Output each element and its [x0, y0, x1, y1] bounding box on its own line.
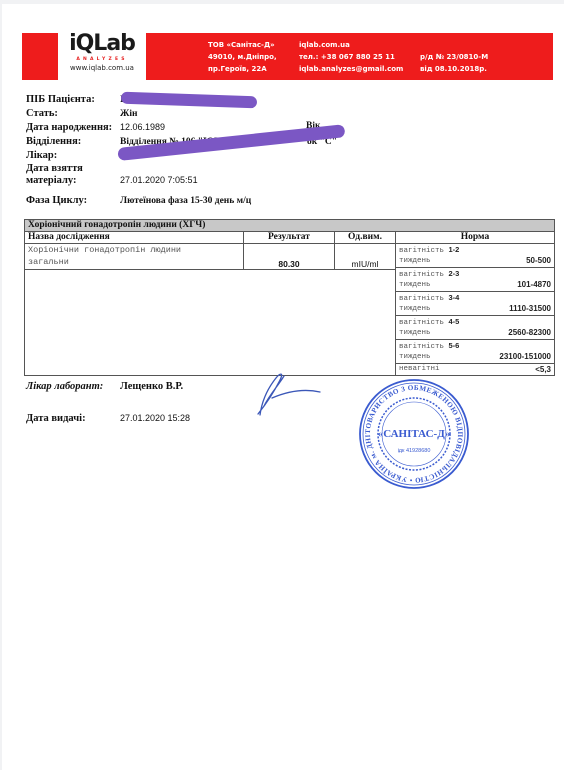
test-name: Хоріонічни гонадотропін людини загальни	[25, 244, 244, 270]
reference-ranges: вагітність 1-2тиждень50-500вагітність 2-…	[396, 244, 555, 376]
norm-label-week: тиждень	[399, 351, 431, 363]
norm-item: вагітність 3-4тиждень1110-31500	[396, 292, 554, 316]
cycle-phase-value: Лютеїнова фаза 15-30 день м/ц	[120, 196, 251, 206]
issue-date-value: 27.01.2020 15:28	[120, 413, 190, 423]
logo-url: www.iqlab.com.ua	[58, 63, 146, 73]
stamp-center-text: «САНІТАС-Д»	[378, 428, 451, 440]
doctor-label: Лікар:	[26, 150, 57, 161]
norm-item: вагітність 5-6тиждень23100-151000	[396, 340, 554, 364]
norm-value: 101-4870	[517, 279, 551, 291]
patient-name-label: ПІБ Пацієнта:	[26, 94, 95, 105]
letterhead-red-block-left	[22, 33, 58, 80]
norm-value: 50-500	[526, 255, 551, 267]
signature-icon	[250, 370, 330, 420]
norm-label-week: тиждень	[399, 327, 431, 339]
norm-label-week: тиждень	[399, 279, 431, 291]
col-header-norm: Норма	[396, 232, 555, 244]
norm-item: вагітність 1-2тиждень50-500	[396, 244, 554, 268]
letterhead: iQLab ANALYZES www.iqlab.com.ua ТОВ «Сан…	[22, 28, 553, 80]
test-unit: mIU/ml	[335, 244, 396, 270]
col-header-name: Назва дослідження	[25, 232, 244, 244]
empty-cell	[25, 270, 396, 376]
table-row: Хоріонічни гонадотропін людини загальни …	[25, 244, 555, 270]
dob-value: 12.06.1989	[120, 122, 165, 132]
norm-value: 2560-82300	[508, 327, 551, 339]
lab-doctor-value: Лещенко В.Р.	[120, 381, 183, 392]
test-result: 80.30	[244, 244, 335, 270]
norm-label: невагітні	[399, 364, 440, 375]
norm-value: 23100-151000	[499, 351, 551, 363]
issue-date-label: Дата видачі:	[26, 413, 86, 424]
company-address: ТОВ «Санітас-Д» 49010, м.Дніпро, пр.Геро…	[208, 39, 277, 75]
dob-label: Дата народження:	[26, 122, 112, 133]
norm-value: 1110-31500	[509, 303, 551, 315]
norm-value: <5,3	[535, 364, 551, 375]
test-group-title: Хоріонічний гонадотропін людини (ХГЧ)	[25, 220, 555, 232]
company-stamp-icon: ТОВАРИСТВО З ОБМЕЖЕНОЮ ВІДПОВІДАЛЬНІСТЮ …	[357, 377, 471, 491]
cycle-phase-label: Фаза Циклу:	[26, 195, 87, 206]
sample-date-label-2: матеріалу:	[26, 175, 76, 186]
department-label: Відділення:	[26, 136, 81, 147]
letterhead-contact-bar: ТОВ «Санітас-Д» 49010, м.Дніпро, пр.Геро…	[146, 33, 553, 80]
norm-label-week: тиждень	[399, 255, 431, 267]
column-header-row: Назва дослідження Результат Од.вим. Норм…	[25, 232, 555, 244]
col-header-unit: Од.вим.	[335, 232, 396, 244]
norm-item: вагітність 2-3тиждень101-4870	[396, 268, 554, 292]
license-info: р/д № 23/0810-М від 08.10.2018р.	[420, 51, 488, 75]
norm-item: невагітні <5,3	[396, 364, 554, 375]
col-header-result: Результат	[244, 232, 335, 244]
norm-list: вагітність 1-2тиждень50-500вагітність 2-…	[396, 244, 554, 375]
iqlab-logo: iQLab ANALYZES www.iqlab.com.ua	[58, 28, 146, 80]
sex-value: Жін	[120, 109, 138, 119]
norm-item: вагітність 4-5тиждень2560-82300	[396, 316, 554, 340]
sample-date-label: Дата взяття	[26, 163, 83, 174]
sex-label: Стать:	[26, 108, 58, 119]
results-table: Хоріонічний гонадотропін людини (ХГЧ) На…	[24, 219, 555, 376]
stamp-code-text: ідк 41928680	[398, 448, 431, 454]
sample-date-value: 27.01.2020 7:05:51	[120, 175, 198, 185]
company-contacts: iqlab.com.ua тел.: +38 067 880 25 11 iql…	[299, 39, 403, 75]
lab-doctor-label: Лікар лаборант:	[26, 381, 103, 392]
logo-subtitle: ANALYZES	[58, 56, 146, 63]
logo-wordmark: iQLab	[58, 32, 146, 56]
norm-label-week: тиждень	[399, 303, 431, 315]
test-group-header: Хоріонічний гонадотропін людини (ХГЧ)	[25, 220, 555, 232]
